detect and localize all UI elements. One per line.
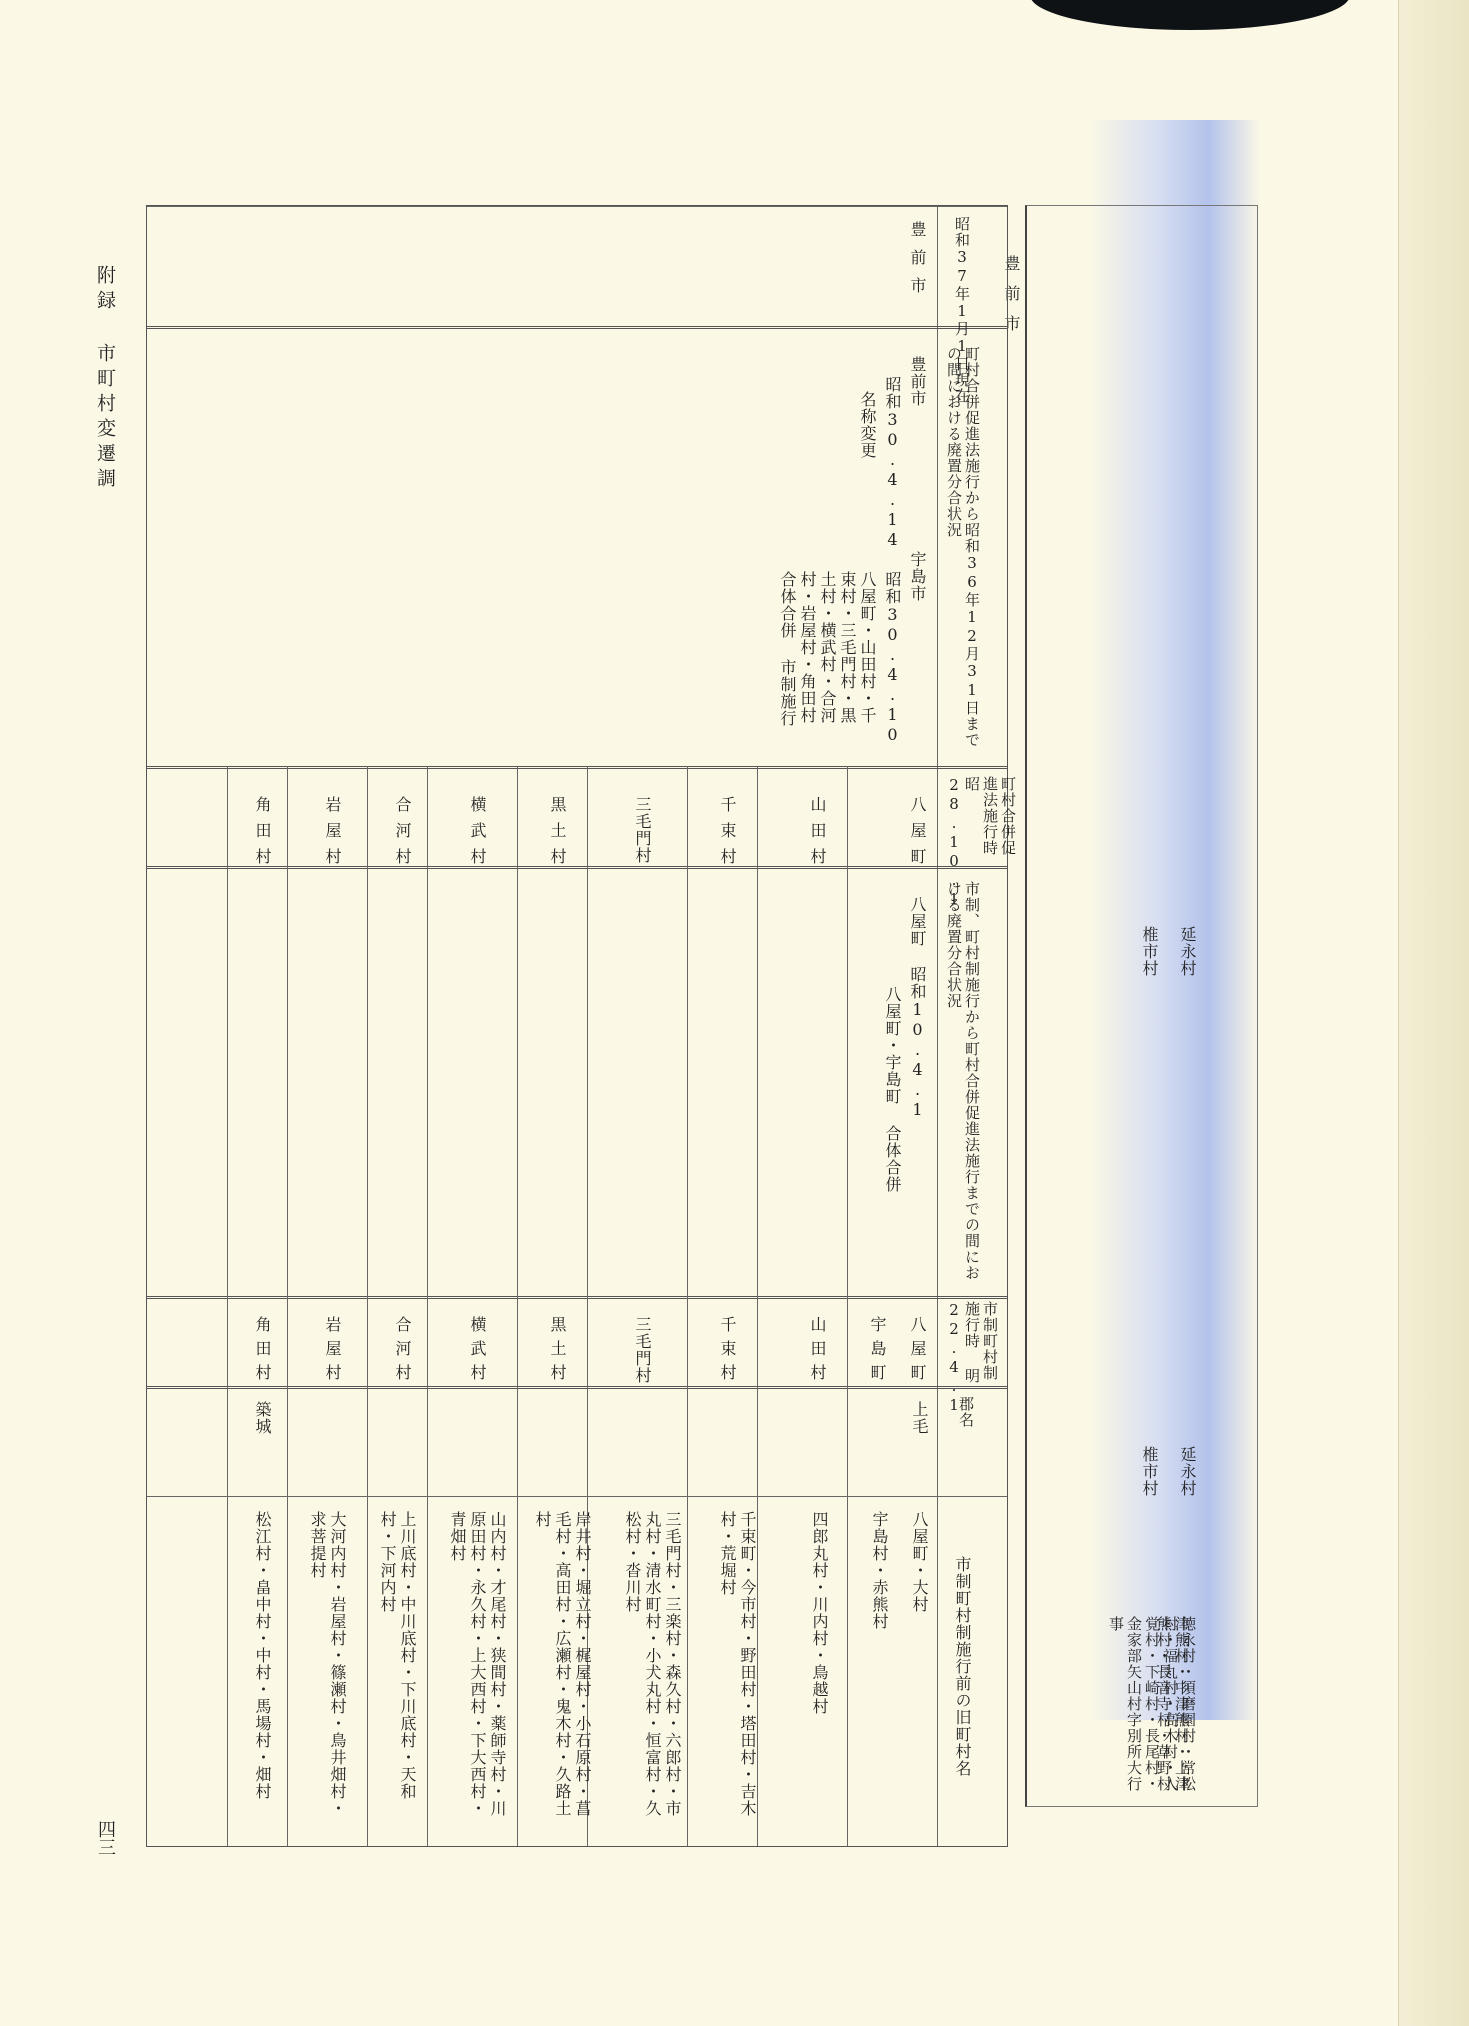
m22-sumida: 角田村	[252, 1316, 272, 1388]
m22-iwaya: 岩屋村	[322, 1316, 342, 1388]
scan-shadow	[1030, 0, 1350, 30]
s28-goukawa: 合河村	[392, 796, 412, 874]
s28-sumida: 角田村	[252, 796, 272, 874]
merger-event-note-1: 八屋町・山田村・千束村・三毛門村・黒土村・横武村・合河村・岩屋村・角田村 合体合…	[757, 571, 877, 731]
m22-kurotsuchi: 黒土村	[547, 1316, 567, 1388]
early-event-date: 昭和10.4.1	[907, 966, 927, 1120]
merger-event-date-1: 昭和30.4.10	[882, 571, 902, 745]
old-names-1: 宇島村・赤熊村	[869, 1511, 889, 1831]
merger-event-note-0: 名称変更	[857, 391, 877, 459]
m22-yamada: 山田村	[807, 1316, 827, 1388]
header-old-names: 市制町村制施行前の旧町村名	[952, 1556, 972, 1777]
page-number: 四三	[92, 1820, 118, 1856]
m22-shiiichi: 椎市村	[1139, 1446, 1159, 1497]
merger-event-name-1: 宇島市	[907, 551, 927, 602]
old-names-4: 三毛門村・三楽村・森久村・六郎村・市丸村・清水町村・小犬丸村・恒富村・久松村・沓…	[622, 1511, 682, 1831]
current-city: 豊前市	[907, 221, 927, 305]
early-event-note: 八屋町・宇島町 合体合併	[882, 986, 902, 1193]
header-county: 郡名	[957, 1396, 975, 1428]
m22-mikemon: 三毛門村	[632, 1316, 652, 1384]
merger-event-date-0: 昭和30.4.14	[882, 376, 902, 550]
s28-iwaya: 岩屋村	[322, 796, 342, 874]
county-kozue: 上毛	[909, 1401, 929, 1435]
m22-unoshima: 宇島町	[867, 1316, 887, 1388]
m22-goukawa: 合河村	[392, 1316, 412, 1388]
header-promotion-law: 町村合併促進法施行時 昭28.10.1	[945, 776, 1017, 866]
old-names-0: 八屋町・大村	[909, 1511, 929, 1831]
m22-chizuka: 千束村	[717, 1316, 737, 1388]
old-names-9: 松江村・畠中村・中村・馬場村・畑村	[252, 1511, 272, 1831]
previous-table-tail: 津熊村・中津熊村・上津熊村・長音寺村・草野村 徳永村・須磨園村・常松村・福丸村・…	[1025, 205, 1258, 1807]
s28-yaya: 八屋町	[907, 796, 927, 874]
old-names-7: 上川底村・中川底村・下川底村・天和村・下河内村	[377, 1511, 417, 1831]
page-edge	[1398, 0, 1469, 2026]
old-names-6: 山内村・才尾村・狭間村・薬師寺村・川原田村・永久村・上大西村・下大西村・青畑村	[447, 1511, 507, 1831]
old-names-2: 四郎丸村・川内村・鳥越村	[809, 1511, 829, 1831]
s28-kurotsuchi: 黒土村	[547, 796, 567, 874]
county-chikujo: 築城	[252, 1401, 272, 1435]
early-event-name: 八屋町	[907, 896, 927, 947]
s28-chizuka: 千束村	[717, 796, 737, 874]
old-names-5: 岸井村・堀立村・梶屋村・小石原村・菖毛村・高田村・広瀬村・鬼木村・久路土村	[532, 1511, 592, 1831]
header-merger-period: 町村合併促進法施行から昭和36年12月31日までの間における廃置分合状況	[945, 346, 981, 756]
m22-yokotake: 横武村	[467, 1316, 487, 1388]
old-names-8: 大河内村・岩屋村・篠瀬村・鳥井畑村・求菩提村	[307, 1511, 347, 1831]
municipal-history-table: 昭和37年1月1日現在 町村合併促進法施行から昭和36年12月31日までの間にお…	[146, 205, 1008, 1847]
old-names-shiiichi: 徳永村・須磨園村・常松村・福丸村・高木村・入覚村・下崎村・長尾村・金家部矢山村字…	[1107, 1616, 1197, 1796]
s28-mikemon: 三毛門村	[632, 796, 652, 864]
header-municipal-system: 市制町村制施行時 明22.4.1	[945, 1301, 999, 1386]
m22-enaga: 延永村	[1177, 1446, 1197, 1497]
s28-yokotake: 横武村	[467, 796, 487, 874]
merger-event-name-0: 豊前市	[907, 356, 927, 407]
m22-yaya: 八屋町	[907, 1316, 927, 1388]
header-early-period: 市制、町村制施行から町村合併促進法施行までの間における廃置分合状況	[945, 881, 981, 1291]
meiji-enaga: 延永村	[1177, 926, 1197, 977]
running-head: 附録 市町村変遷調	[92, 265, 119, 493]
meiji-shiiichi: 椎市村	[1139, 926, 1159, 977]
old-names-3: 千束町・今市村・野田村・塔田村・吉木村・荒堀村	[717, 1511, 757, 1831]
s28-yamada: 山田村	[807, 796, 827, 874]
